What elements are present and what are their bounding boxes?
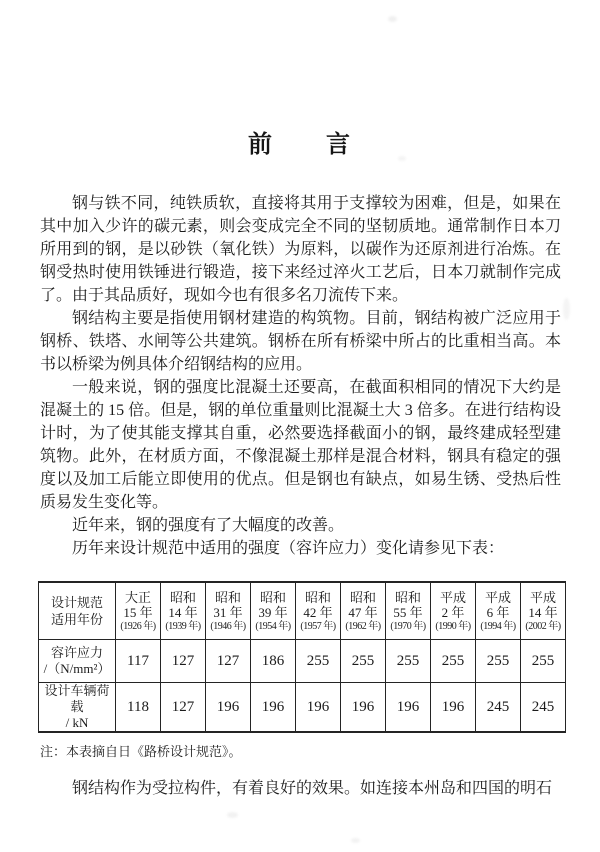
value-cell: 127 xyxy=(206,640,251,683)
scan-smudge xyxy=(351,838,360,843)
text-line: 了。由于其品质好，现如今也有很多名刀流传下来。 xyxy=(40,284,561,307)
row-label: 设计车辆荷载/ kN xyxy=(39,683,116,733)
text-line: 近年来，钢的强度有了大幅度的改善。 xyxy=(40,514,561,537)
row-label-line: / kN xyxy=(39,715,115,731)
text-line: 钢受热时使用铁锤进行锻造，接下来经过淬火工艺后，日本刀就制作完成 xyxy=(40,261,561,284)
scan-smudge xyxy=(563,298,570,320)
scan-smudge xyxy=(227,812,238,818)
value-cell: 117 xyxy=(116,640,161,683)
row-label-line: 容许应力 xyxy=(39,645,115,661)
table-corner-header: 设计规范 适用年份 xyxy=(39,582,116,640)
year-column-header: 昭和39 年(1954 年) xyxy=(251,582,296,640)
text-line: 钢桥、铁塔、水闸等公共建筑。钢桥在所有桥梁中所占的比重相当高。本 xyxy=(40,330,561,353)
table-row: 设计车辆荷载/ kN118127196196196196196196245245 xyxy=(39,683,566,733)
year-label-line: 昭和 xyxy=(251,590,295,605)
value-cell: 255 xyxy=(476,640,521,683)
year-label-line: (1946 年) xyxy=(206,620,250,633)
year-label-line: (1926 年) xyxy=(116,620,160,633)
year-label-line: 14 年 xyxy=(161,605,205,620)
year-column-header: 平成6 年(1994 年) xyxy=(476,582,521,640)
corner-label-line: 设计规范 xyxy=(39,594,115,611)
text-line: 钢与铁不同，纯铁质软，直接将其用于支撑较为困难，但是，如果在 xyxy=(40,192,561,215)
year-column-header: 昭和55 年(1970 年) xyxy=(386,582,431,640)
year-label-line: 昭和 xyxy=(206,590,250,605)
closing-paragraph: 钢结构作为受拉构件，有着良好的效果。如连接本州岛和四国的明石 xyxy=(40,777,561,800)
year-column-header: 昭和47 年(1962 年) xyxy=(341,582,386,640)
preface-body: 钢与铁不同，纯铁质软，直接将其用于支撑较为困难，但是，如果在其中加入少许的碳元素… xyxy=(40,192,561,560)
year-label-line: (1990 年) xyxy=(431,620,475,633)
year-label-line: 昭和 xyxy=(161,590,205,605)
year-label-line: 昭和 xyxy=(386,590,430,605)
year-label-line: (1939 年) xyxy=(161,620,205,633)
value-cell: 196 xyxy=(431,683,476,733)
paragraph: 近年来，钢的强度有了大幅度的改善。 xyxy=(40,514,561,537)
text-line: 钢结构主要是指使用钢材建造的构筑物。目前，钢结构被广泛应用于 xyxy=(40,307,561,330)
table-row: 容许应力/（N/mm²）1171271271862552552552552552… xyxy=(39,640,566,683)
scan-smudge xyxy=(388,16,397,22)
year-label-line: 42 年 xyxy=(296,605,340,620)
corner-label-line: 适用年份 xyxy=(39,611,115,628)
year-label-line: 6 年 xyxy=(476,605,520,620)
year-label-line: 31 年 xyxy=(206,605,250,620)
table-header-row: 设计规范 适用年份 大正15 年(1926 年)昭和14 年(1939 年)昭和… xyxy=(39,582,566,640)
value-cell: 255 xyxy=(521,640,566,683)
text-line: 所用到的钢，是以砂铁（氧化铁）为原料，以碳作为还原剂进行冶炼。在 xyxy=(40,238,561,261)
year-label-line: (1957 年) xyxy=(296,620,340,633)
value-cell: 255 xyxy=(341,640,386,683)
value-cell: 118 xyxy=(116,683,161,733)
value-cell: 255 xyxy=(296,640,341,683)
year-column-header: 昭和14 年(1939 年) xyxy=(161,582,206,640)
year-label-line: 平成 xyxy=(521,590,565,605)
year-column-header: 大正15 年(1926 年) xyxy=(116,582,161,640)
row-label: 容许应力/（N/mm²） xyxy=(39,640,116,683)
year-label-line: (2002 年) xyxy=(521,620,565,633)
allowable-stress-table: 设计规范 适用年份 大正15 年(1926 年)昭和14 年(1939 年)昭和… xyxy=(38,581,566,733)
text-line: 质易发生变化等。 xyxy=(40,491,561,514)
year-label-line: 平成 xyxy=(431,590,475,605)
paragraph: 历年来设计规范中适用的强度（容许应力）变化请参见下表： xyxy=(40,537,561,560)
year-label-line: 2 年 xyxy=(431,605,475,620)
value-cell: 196 xyxy=(296,683,341,733)
text-line: 一般来说，钢的强度比混凝土还要高，在截面积相同的情况下大约是 xyxy=(40,376,561,399)
scan-smudge xyxy=(398,156,406,161)
year-label-line: 昭和 xyxy=(341,590,385,605)
value-cell: 255 xyxy=(386,640,431,683)
year-label-line: 大正 xyxy=(116,590,160,605)
year-column-header: 平成14 年(2002 年) xyxy=(521,582,566,640)
year-label-line: 14 年 xyxy=(521,605,565,620)
text-line: 其中加入少许的碳元素，则会变成完全不同的坚韧质地。通常制作日本刀 xyxy=(40,215,561,238)
text-line: 筑物。此外，在材质方面，不像混凝土那样是混合材料，钢具有稳定的强 xyxy=(40,445,561,468)
value-cell: 127 xyxy=(161,683,206,733)
year-label-line: 15 年 xyxy=(116,605,160,620)
book-page: 前 言 钢与铁不同，纯铁质软，直接将其用于支撑较为困难，但是，如果在其中加入少许… xyxy=(0,0,600,852)
paragraph: 钢与铁不同，纯铁质软，直接将其用于支撑较为困难，但是，如果在其中加入少许的碳元素… xyxy=(40,192,561,307)
value-cell: 196 xyxy=(386,683,431,733)
value-cell: 186 xyxy=(251,640,296,683)
text-line: 历年来设计规范中适用的强度（容许应力）变化请参见下表： xyxy=(40,537,561,560)
row-label-line: /（N/mm²） xyxy=(39,661,115,677)
year-column-header: 昭和31 年(1946 年) xyxy=(206,582,251,640)
text-line: 度以及加工后能立即使用的优点。但是钢也有缺点，如易生锈、受热后性 xyxy=(40,468,561,491)
value-cell: 196 xyxy=(251,683,296,733)
year-label-line: (1962 年) xyxy=(341,620,385,633)
year-label-line: 47 年 xyxy=(341,605,385,620)
year-label-line: (1970 年) xyxy=(386,620,430,633)
text-line: 混凝土的 15 倍。但是，钢的单位重量则比混凝土大 3 倍多。在进行结构设 xyxy=(40,399,561,422)
value-cell: 196 xyxy=(206,683,251,733)
year-column-header: 平成2 年(1990 年) xyxy=(431,582,476,640)
page-title: 前 言 xyxy=(0,130,600,160)
year-label-line: 39 年 xyxy=(251,605,295,620)
value-cell: 245 xyxy=(476,683,521,733)
text-line: 书以桥梁为例具体介绍钢结构的应用。 xyxy=(40,353,561,376)
year-label-line: 昭和 xyxy=(296,590,340,605)
value-cell: 196 xyxy=(341,683,386,733)
table-note: 注：本表摘自日《路桥设计规范》。 xyxy=(40,744,600,760)
text-line: 计时，为了使其能支撑其自重，必然要选择截面小的钢，最终建成轻型建 xyxy=(40,422,561,445)
paragraph: 钢结构主要是指使用钢材建造的构筑物。目前，钢结构被广泛应用于钢桥、铁塔、水闸等公… xyxy=(40,307,561,376)
value-cell: 245 xyxy=(521,683,566,733)
year-column-header: 昭和42 年(1957 年) xyxy=(296,582,341,640)
year-label-line: (1954 年) xyxy=(251,620,295,633)
paragraph: 一般来说，钢的强度比混凝土还要高，在截面积相同的情况下大约是混凝土的 15 倍。… xyxy=(40,376,561,514)
value-cell: 127 xyxy=(161,640,206,683)
year-label-line: 55 年 xyxy=(386,605,430,620)
row-label-line: 设计车辆荷载 xyxy=(39,683,115,715)
year-label-line: 平成 xyxy=(476,590,520,605)
value-cell: 255 xyxy=(431,640,476,683)
year-label-line: (1994 年) xyxy=(476,620,520,633)
